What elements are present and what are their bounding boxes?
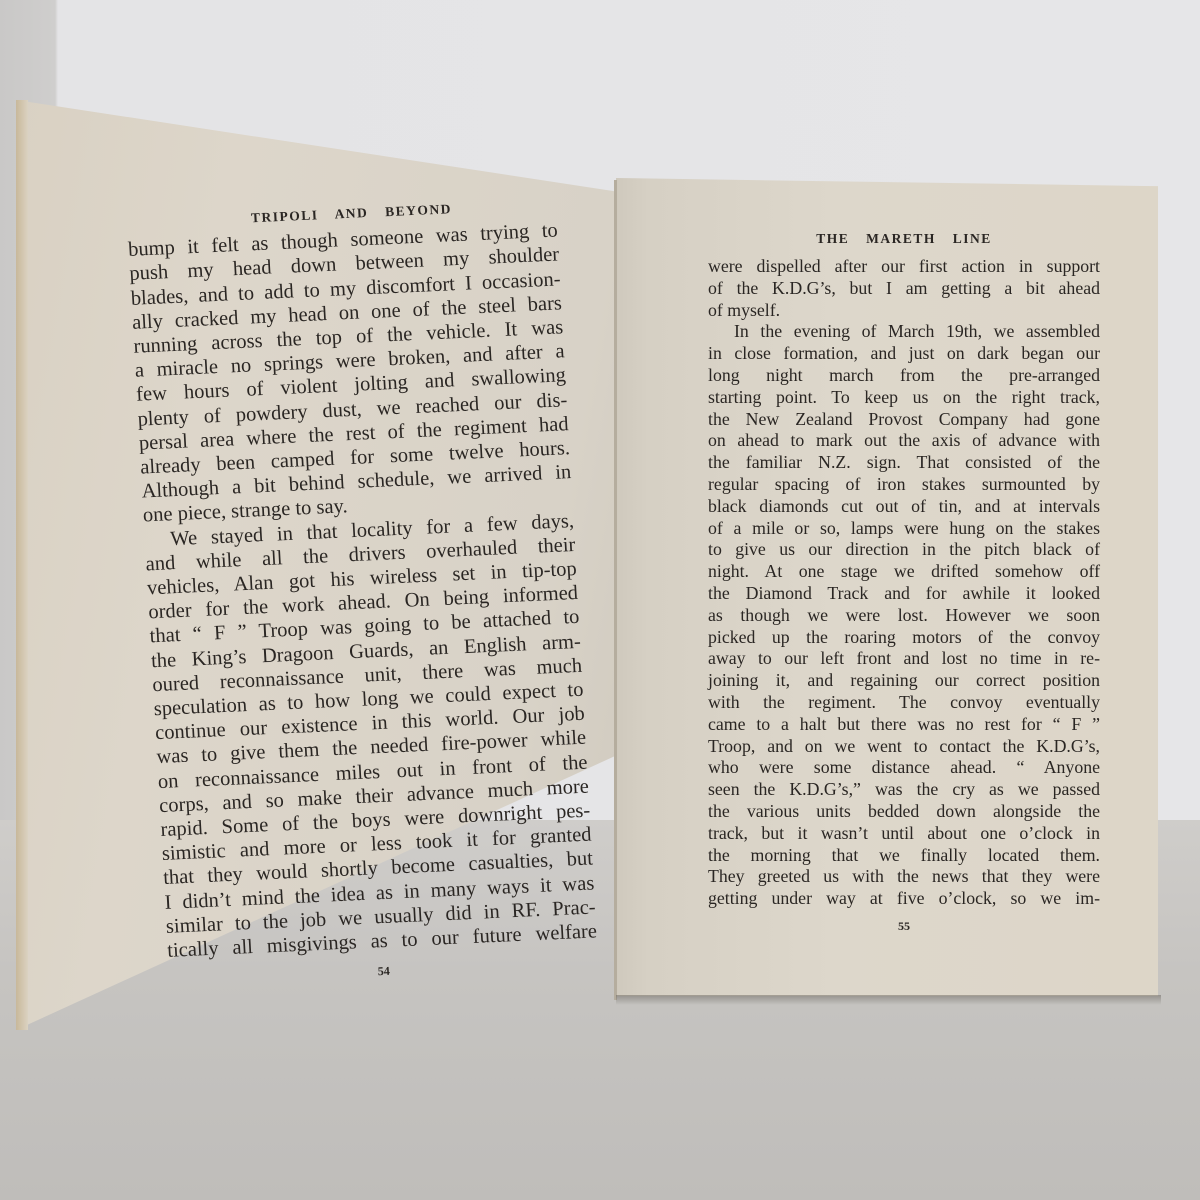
right-page-shadow: [616, 995, 1161, 1005]
right-page-lines: were dispelled after our first action in…: [708, 256, 1100, 910]
text-line: in close formation, and just on dark beg…: [708, 343, 1100, 365]
left-page-text: TRIPOLI AND BEYOND bump it felt as thoug…: [126, 192, 599, 993]
text-line: getting under way at five o’clock, so we…: [708, 888, 1100, 910]
text-line: as though we were lost. However we soon: [708, 605, 1100, 627]
text-line: seen the K.D.G’s,” was the cry as we pas…: [708, 779, 1100, 801]
text-line: with the regiment. The convoy eventually: [708, 692, 1100, 714]
right-running-head: THE MARETH LINE: [708, 228, 1100, 250]
text-line: came to a halt but there was no rest for…: [708, 714, 1100, 736]
text-line: They greeted us with the news that they …: [708, 866, 1100, 888]
text-line: picked up the roaring motors of the conv…: [708, 627, 1100, 649]
text-line: of a mile or so, lamps were hung on the …: [708, 518, 1100, 540]
text-line: the morning that we finally located them…: [708, 845, 1100, 867]
text-line: starting point. To keep us on the right …: [708, 387, 1100, 409]
text-line: were dispelled after our first action in…: [708, 256, 1100, 278]
text-line: night. At one stage we drifted somehow o…: [708, 561, 1100, 583]
text-line: black diamonds cut out of tin, and at in…: [708, 496, 1100, 518]
text-line: of myself.: [708, 300, 1100, 322]
text-line: Troop, and on we went to contact the K.D…: [708, 736, 1100, 758]
text-line: who were some distance ahead. “ Anyone: [708, 757, 1100, 779]
text-line: the Diamond Track and for awhile it look…: [708, 583, 1100, 605]
text-line: on ahead to mark out the axis of advance…: [708, 430, 1100, 452]
text-line: away to our left front and lost no time …: [708, 648, 1100, 670]
left-page-edge: [16, 100, 28, 1030]
text-line: the familiar N.Z. sign. That consisted o…: [708, 452, 1100, 474]
text-line: long night march from the pre-arranged: [708, 365, 1100, 387]
book-spine: [614, 180, 617, 1000]
left-page-lines: bump it felt as though someone was tryin…: [127, 219, 597, 963]
text-line: In the evening of March 19th, we assembl…: [708, 321, 1100, 343]
text-line: track, but it wasn’t until about one o’c…: [708, 823, 1100, 845]
text-line: of the K.D.G’s, but I am getting a bit a…: [708, 278, 1100, 300]
right-page-text: THE MARETH LINE were dispelled after our…: [708, 256, 1100, 938]
text-line: joining it, and regaining our correct po…: [708, 670, 1100, 692]
text-line: the various units bedded down alongside …: [708, 801, 1100, 823]
text-line: regular spacing of iron stakes surmounte…: [708, 474, 1100, 496]
text-line: the New Zealand Provost Company had gone: [708, 409, 1100, 431]
text-line: to give us our direction in the pitch bl…: [708, 539, 1100, 561]
right-page-number: 55: [708, 916, 1100, 938]
